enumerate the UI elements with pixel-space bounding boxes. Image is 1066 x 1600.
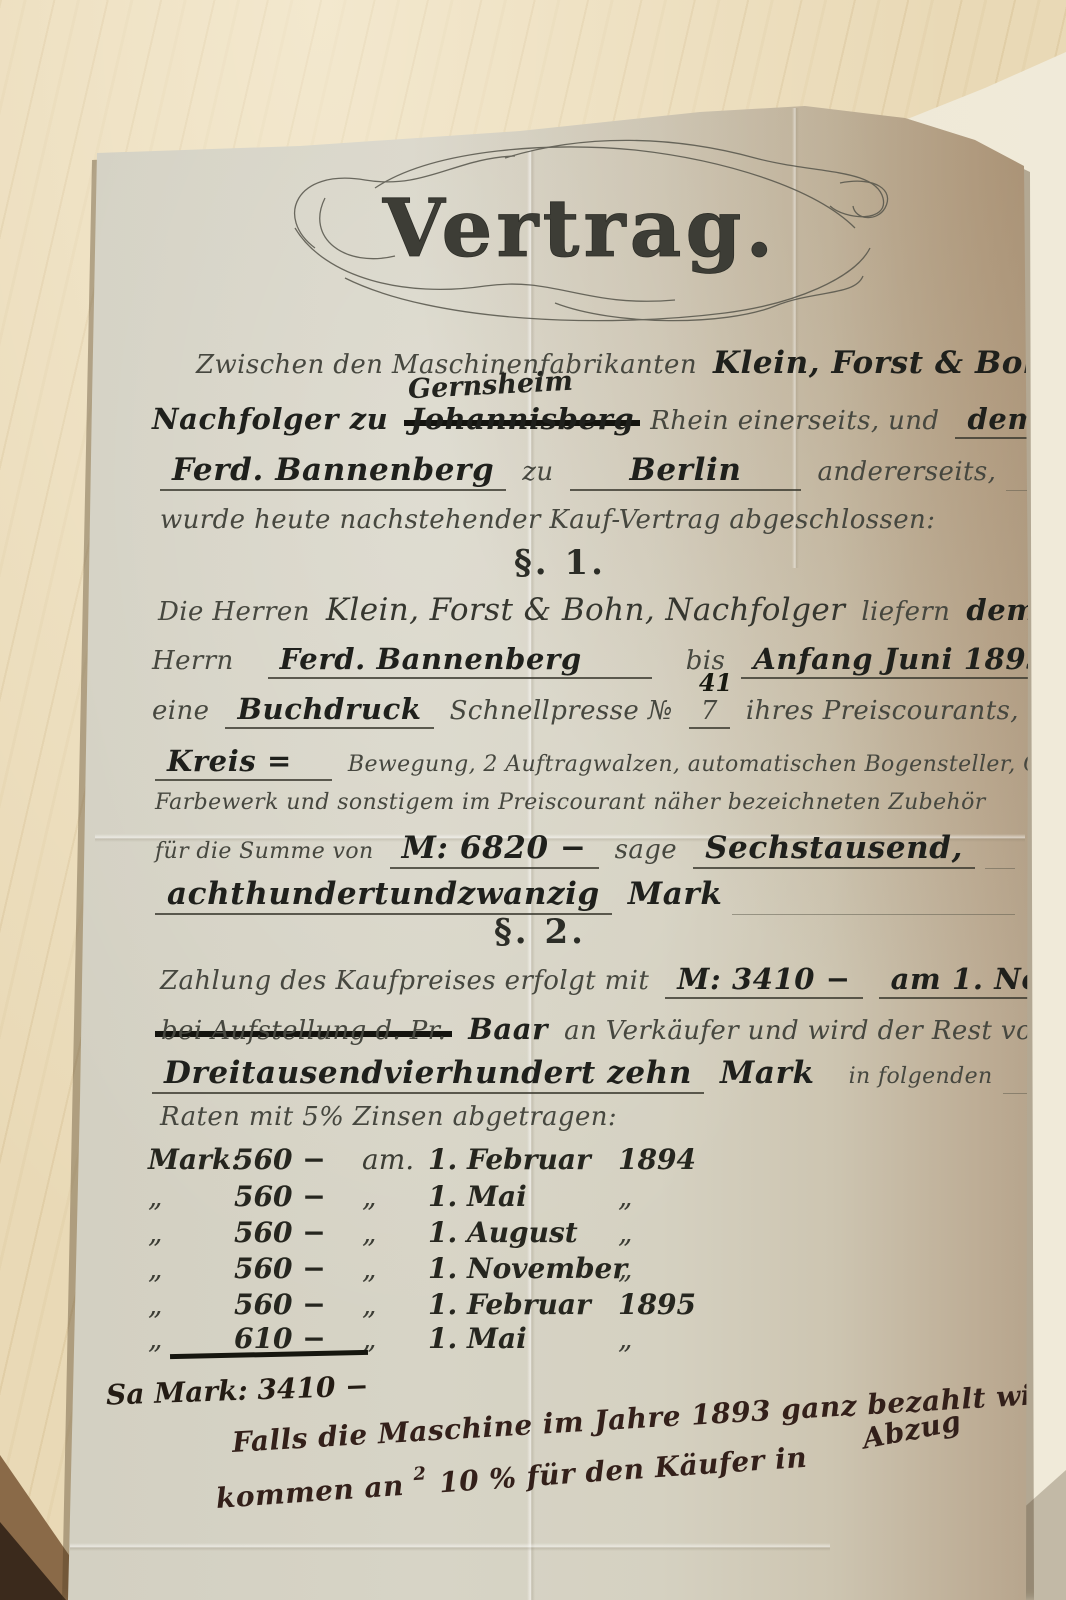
intro-line-4: wurde heute nachstehender Kauf-Vertrag a… — [160, 505, 935, 535]
installments-total: Sa Mark: 3410 − — [106, 1369, 370, 1411]
press-number: 7 — [701, 696, 718, 726]
amount: 560 − — [234, 1180, 362, 1213]
corrected-place: Johannisberg Gernsheim — [404, 402, 640, 436]
intro-text: Rhein einerseits, und — [650, 406, 939, 436]
s1-text: Schnellpresse № — [450, 696, 673, 726]
due-date: 1. Februar — [428, 1288, 618, 1321]
price-words-1: Sechstausend, — [693, 830, 975, 869]
due-year: „ — [618, 1322, 633, 1355]
installment-row: „ 610 − „ 1. Mai „ — [148, 1322, 633, 1355]
ditto: „ — [362, 1288, 428, 1321]
note-text-part: kommen an — [215, 1469, 405, 1515]
due-date: 1. Mai — [428, 1180, 618, 1213]
intro-text: andererseits, — [817, 457, 996, 487]
currency-word: Mark — [720, 1055, 815, 1091]
due-date: 1. August — [428, 1216, 618, 1249]
press-number-correction: 41 — [699, 668, 732, 697]
ditto: „ — [148, 1252, 234, 1285]
intro-line-2: Nachfolger zu Johannisberg Gernsheim Rhe… — [152, 402, 1014, 439]
due-year: „ — [618, 1252, 633, 1285]
section-1-heading: §. 1. — [460, 543, 660, 583]
price-numeric: M: 6820 − — [390, 830, 599, 869]
note-superscript: 2 — [413, 1463, 427, 1485]
installment-row: „ 560 − „ 1. August „ — [148, 1216, 633, 1249]
s1-text: Die Herren — [158, 597, 310, 627]
s1-text: Farbewerk und sonstigem im Preiscourant … — [155, 790, 986, 815]
note-line-2: kommen an 2 10 % für den Käufer in Abzug — [216, 1482, 964, 1515]
sum-line: Sa Mark: 3410 − — [106, 1374, 369, 1407]
buyer-name: Ferd. Bannenberg — [160, 452, 506, 491]
ditto: „ — [362, 1216, 428, 1249]
s1-text: ihres Preiscourants, mit — [746, 696, 1066, 726]
due-year: 1894 — [618, 1143, 696, 1176]
installment-row: „ 560 − „ 1. Februar 1895 — [148, 1288, 696, 1321]
due-year: „ — [618, 1216, 633, 1249]
due-year: 1895 — [618, 1288, 696, 1321]
ditto: „ — [362, 1252, 428, 1285]
title-flourish-block: Vertrag. — [255, 128, 905, 338]
document-title: Vertrag. — [382, 181, 778, 275]
due-date: 1. Mai — [428, 1322, 618, 1355]
ditto: „ — [362, 1180, 428, 1213]
intro-line-3: Ferd. Bannenberg zu Berlin andererseits, — [160, 452, 1014, 491]
cash-word: Baar — [468, 1012, 548, 1046]
intro-text: zu — [522, 457, 553, 487]
ditto: „ — [362, 1322, 428, 1355]
struck-payment-condition: bei Aufstellung d. Pr. — [155, 1016, 452, 1046]
installment-row: Mark: 560 − am. 1. Februar 1894 — [148, 1143, 696, 1176]
s1-line-4: Kreis = Bewegung, 2 Auftragwalzen, autom… — [155, 744, 1015, 781]
s2-line-4: Raten mit 5% Zinsen abgetragen: — [160, 1102, 617, 1132]
s1-text: für die Summe von — [155, 839, 374, 864]
due-date: 1. November — [428, 1252, 618, 1285]
delivery-date: Anfang Juni 1893. — [741, 642, 1066, 679]
s1-filled-word: dem — [966, 593, 1037, 627]
s1-line-1: Die Herren Klein, Forst & Bohn, Nachfolg… — [158, 592, 1014, 628]
ditto: „ — [148, 1322, 234, 1355]
horizontal-fold-crease-bottom — [70, 1543, 830, 1551]
due-date: 1. Februar — [428, 1143, 618, 1176]
ditto: „ — [148, 1180, 234, 1213]
struck-place-name: Johannisberg — [404, 402, 640, 436]
ditto: „ — [148, 1216, 234, 1249]
ditto: „ — [148, 1288, 234, 1321]
rest-amount-words: Dreitausendvierhundert zehn — [152, 1055, 704, 1094]
ruled-line — [985, 854, 1015, 869]
s1-text: Bewegung, 2 Auftragwalzen, automatischen… — [348, 752, 1066, 777]
movement-type: Kreis = — [155, 744, 332, 781]
due-year: „ — [618, 1180, 633, 1213]
s1-text: liefern — [861, 597, 950, 627]
s1-text: sage — [615, 835, 677, 865]
currency-word: Mark — [628, 876, 723, 912]
intro-text: Nachfolger zu — [152, 402, 388, 436]
amount: 560 − — [234, 1252, 362, 1285]
buyer-name-repeat: Ferd. Bannenberg — [268, 642, 652, 679]
s2-text: in folgenden — [849, 1064, 993, 1089]
s2-line-3: Dreitausendvierhundert zehn Mark in folg… — [152, 1055, 1014, 1094]
installment-row: „ 560 − „ 1. Mai „ — [148, 1180, 633, 1213]
s1-text: eine — [152, 696, 209, 726]
s2-text: Zahlung des Kaufpreises erfolgt mit — [160, 966, 649, 996]
buyer-city: Berlin — [570, 452, 802, 491]
installment-row: „ 560 − „ 1. November „ — [148, 1252, 633, 1285]
s2-text: Raten mit 5% Zinsen abgetragen: — [160, 1102, 617, 1132]
amount: 560 − — [234, 1216, 362, 1249]
amount: 560 − — [234, 1288, 362, 1321]
seller-name-repeat: Klein, Forst & Bohn, Nachfolger — [326, 592, 845, 628]
am-label: am. — [362, 1143, 428, 1176]
section-number: §. 2. — [494, 912, 586, 952]
price-words-2: achthundertundzwanzig — [155, 876, 612, 915]
intro-line-1: Zwischen den Maschinenfabrikanten Klein,… — [196, 345, 1014, 381]
struck-text: bei Aufstellung d. Pr. — [155, 1016, 452, 1046]
s1-line-5: Farbewerk und sonstigem im Preiscourant … — [155, 790, 986, 815]
first-payment-amount: M: 3410 − — [665, 962, 862, 999]
s1-text: Herrn — [152, 646, 234, 676]
s1-line-2: Herrn Ferd. Bannenberg bis Anfang Juni 1… — [152, 642, 1014, 679]
press-type: Buchdruck — [225, 692, 433, 729]
amount: 560 − — [234, 1143, 362, 1176]
s2-line-1: Zahlung des Kaufpreises erfolgt mit M: 3… — [160, 962, 1014, 999]
currency-label: Mark: — [148, 1143, 234, 1176]
s2-line-2: bei Aufstellung d. Pr. Baar an Verkäufer… — [155, 1012, 1015, 1046]
section-2-heading: §. 2. — [440, 912, 640, 952]
press-number-wrap: 7 41 — [689, 696, 730, 729]
intro-text: wurde heute nachstehender Kauf-Vertrag a… — [160, 505, 935, 535]
section-number: §. 1. — [514, 543, 606, 583]
s2-text: an Verkäufer und wird der Rest von — [564, 1016, 1049, 1046]
s1-line-3: eine Buchdruck Schnellpresse № 7 41 ihre… — [152, 692, 1014, 729]
ruled-line — [732, 900, 1015, 915]
contract-page: Vertrag. Zwischen den Maschinenfabrikant… — [0, 0, 1066, 1600]
s1-line-6: für die Summe von M: 6820 − sage Sechsta… — [155, 830, 1015, 869]
seller-name: Klein, Forst & Bohn, — [713, 345, 1066, 381]
photo-of-contract: Vertrag. Zwischen den Maschinenfabrikant… — [0, 0, 1066, 1600]
s1-line-7: achthundertundzwanzig Mark — [155, 876, 1015, 915]
